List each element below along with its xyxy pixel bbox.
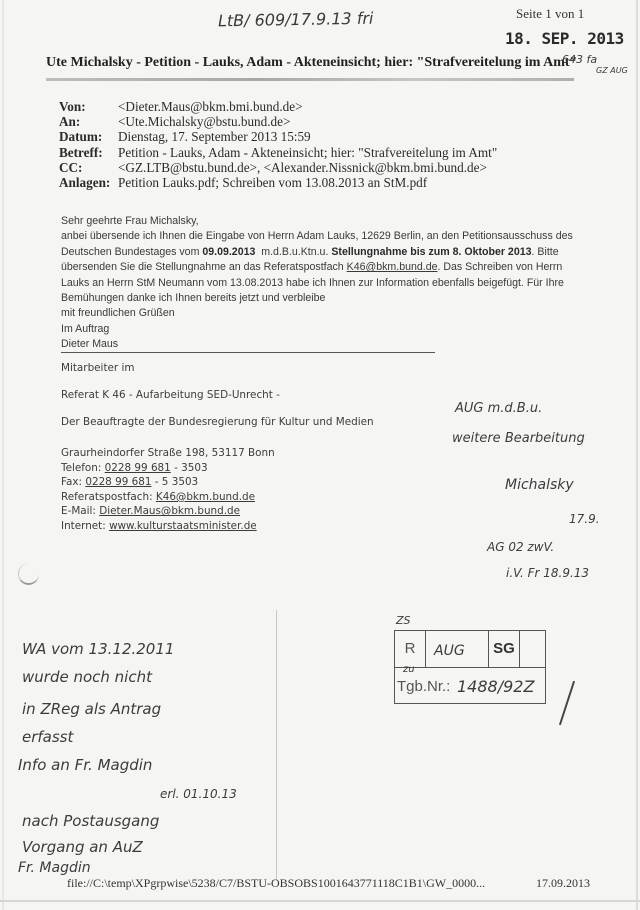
body-line: Bemühungen danke ich Ihnen bereits jetzt… xyxy=(61,291,573,306)
body-text: m.d.B.u.Ktn.u. xyxy=(255,246,331,258)
header-row-to: An:<Ute.Michalsky@bstu.bund.de> xyxy=(59,114,497,129)
stamp-initial-stroke xyxy=(559,681,575,725)
header-label: Betreff: xyxy=(59,145,118,160)
stamp-cell-r-value: AUG xyxy=(426,631,489,667)
header-value: Dienstag, 17. September 2013 15:59 xyxy=(118,129,311,144)
deadline-text: Stellungnahme bis zum 8. Oktober 2013 xyxy=(331,246,531,258)
postfach-email-link[interactable]: K46@bkm.bund.de xyxy=(156,491,255,503)
footer-file-path: file://C:\temp\XPgrpwise\5238/C7/BSTU-OB… xyxy=(67,876,485,891)
sender-name: Dieter Maus xyxy=(61,337,573,352)
header-label: Datum: xyxy=(59,129,118,144)
internet-label: Internet: xyxy=(61,520,109,532)
email-link[interactable]: Dieter.Maus@bkm.bund.de xyxy=(99,505,240,517)
body-line: Deutschen Bundestages vom 09.09.2013 m.d… xyxy=(61,245,573,260)
header-value: <GZ.LTB@bstu.bund.de>, <Alexander.Nissni… xyxy=(118,160,487,175)
handwritten-top-reference: LtB/ 609/17.9.13 fri xyxy=(218,9,374,31)
petition-date: 09.09.2013 xyxy=(202,246,255,258)
handwritten-note-line: weitere Bearbeitung xyxy=(452,431,585,446)
phone-link[interactable]: 0228 99 681 xyxy=(105,462,171,474)
handwritten-note-line: WA vom 13.12.2011 xyxy=(22,640,174,658)
email-body: Sehr geehrte Frau Michalsky, anbei übers… xyxy=(61,214,573,353)
closing: mit freundlichen Grüßen xyxy=(61,306,573,321)
postfach-link[interactable]: K46@bkm.bund.de xyxy=(347,261,438,273)
handwritten-note-line: nach Postausgang xyxy=(22,812,159,830)
body-text: Deutschen Bundestages vom xyxy=(61,246,202,258)
website-link[interactable]: www.kulturstaatsminister.de xyxy=(109,520,257,532)
title-rule xyxy=(46,78,574,81)
header-row-date: Datum:Dienstag, 17. September 2013 15:59 xyxy=(59,129,497,144)
salutation: Sehr geehrte Frau Michalsky, xyxy=(61,214,573,229)
handwritten-note-line: AG 02 zwV. xyxy=(487,540,554,554)
email-label: E-Mail: xyxy=(61,505,99,517)
handwritten-note-date: 17.9. xyxy=(569,512,600,526)
handwritten-note-line: AUG m.d.B.u. xyxy=(455,401,542,416)
handwritten-note-line: wurde noch nicht xyxy=(22,668,152,686)
stamp-tgb-label: Tgb.Nr.: xyxy=(397,678,450,695)
handwritten-note-line: Info an Fr. Magdin xyxy=(18,756,152,774)
handwritten-gz-note: GZ AUG xyxy=(596,66,628,75)
header-label: An: xyxy=(59,114,118,129)
fax-label: Fax: xyxy=(61,476,85,488)
scan-edge-right xyxy=(636,0,638,910)
signature-email: E-Mail: Dieter.Maus@bkm.bund.de xyxy=(61,504,275,519)
registration-stamp: R AUG SG zu Tgb.Nr.: 1488/92Z xyxy=(394,630,546,704)
handwritten-subject-note: 643 fa xyxy=(562,53,597,66)
body-line: Lauks an Herrn StM Neumann vom 13.08.201… xyxy=(61,276,573,291)
handwritten-note-line: Vorgang an AuZ xyxy=(22,838,143,856)
signature-postfach: Referatspostfach: K46@bkm.bund.de xyxy=(61,490,275,505)
handwritten-note-line: in ZReg als Antrag xyxy=(22,700,161,718)
signature-fax: Fax: 0228 99 681 - 5 3503 xyxy=(61,475,275,490)
signature-authority: Der Beauftragte der Bundesregierung für … xyxy=(61,416,374,428)
fax-link[interactable]: 0228 99 681 xyxy=(85,476,151,488)
signature-phone: Telefon: 0228 99 681 - 3503 xyxy=(61,461,275,476)
stamp-cell-sg: SG xyxy=(489,631,520,667)
stamp-cell-r: R xyxy=(395,631,426,667)
page-indicator: Seite 1 von 1 xyxy=(516,6,584,22)
header-row-subject: Betreff:Petition - Lauks, Adam - Aktenei… xyxy=(59,145,497,160)
body-line: anbei übersende ich Ihnen die Eingabe vo… xyxy=(61,229,573,244)
header-label: CC: xyxy=(59,160,118,175)
body-text: . Bitte xyxy=(532,246,559,258)
document-title: Ute Michalsky - Petition - Lauks, Adam -… xyxy=(46,55,577,71)
header-value: <Ute.Michalsky@bstu.bund.de> xyxy=(118,114,290,129)
header-value: Petition - Lauks, Adam - Akteneinsicht; … xyxy=(118,145,497,160)
received-date-stamp: 18. SEP. 2013 xyxy=(505,29,624,48)
signature-address: Graurheindorfer Straße 198, 53117 Bonn xyxy=(61,446,275,461)
handwritten-signature: Michalsky xyxy=(505,477,574,493)
scan-edge-bottom xyxy=(0,900,640,902)
stamp-tgb-number: 1488/92Z xyxy=(457,677,534,696)
header-row-cc: CC:<GZ.LTB@bstu.bund.de>, <Alexander.Nis… xyxy=(59,160,497,175)
header-label: Anlagen: xyxy=(59,175,118,190)
stamp-zs-note: ZS xyxy=(396,614,411,627)
punch-hole-mark xyxy=(18,563,39,585)
body-line: übersenden Sie die Stellungnahme an das … xyxy=(61,260,573,275)
scan-edge-left xyxy=(2,0,4,910)
footer-date: 17.09.2013 xyxy=(536,876,590,891)
email-header: Von:<Dieter.Maus@bkm.bmi.bund.de> An:<Ut… xyxy=(59,99,497,190)
header-value: Petition Lauks.pdf; Schreiben vom 13.08.… xyxy=(118,175,427,190)
header-label: Von: xyxy=(59,99,118,114)
phone-extension: - 3503 xyxy=(171,462,208,474)
note-separator-line xyxy=(276,610,277,880)
im-auftrag: Im Auftrag xyxy=(61,322,573,337)
header-value: <Dieter.Maus@bkm.bmi.bund.de> xyxy=(118,99,303,114)
signature-divider xyxy=(61,352,435,353)
header-row-attachments: Anlagen:Petition Lauks.pdf; Schreiben vo… xyxy=(59,175,497,190)
stamp-zu-note: zu xyxy=(403,664,415,675)
header-row-from: Von:<Dieter.Maus@bkm.bmi.bund.de> xyxy=(59,99,497,114)
handwritten-note-line: erl. 01.10.13 xyxy=(160,787,237,801)
signature-contact: Graurheindorfer Straße 198, 53117 Bonn T… xyxy=(61,446,275,534)
scanned-document-page: LtB/ 609/17.9.13 fri Seite 1 von 1 18. S… xyxy=(0,0,640,910)
postfach-label: Referatspostfach: xyxy=(61,491,156,503)
signature-department: Referat K 46 - Aufarbeitung SED-Unrecht … xyxy=(61,389,280,401)
fax-extension: - 5 3503 xyxy=(151,476,198,488)
handwritten-note-line: erfasst xyxy=(22,728,73,746)
stamp-top-row: R AUG SG xyxy=(395,631,545,668)
signature-role: Mitarbeiter im xyxy=(61,362,135,374)
body-text: . Das Schreiben von Herrn xyxy=(438,261,563,273)
signature-internet: Internet: www.kulturstaatsminister.de xyxy=(61,519,275,534)
body-text: übersenden Sie die Stellungnahme an das … xyxy=(61,261,347,273)
handwritten-note-line: i.V. Fr 18.9.13 xyxy=(506,566,589,580)
phone-label: Telefon: xyxy=(61,462,105,474)
handwritten-note-line: Fr. Magdin xyxy=(18,860,91,876)
